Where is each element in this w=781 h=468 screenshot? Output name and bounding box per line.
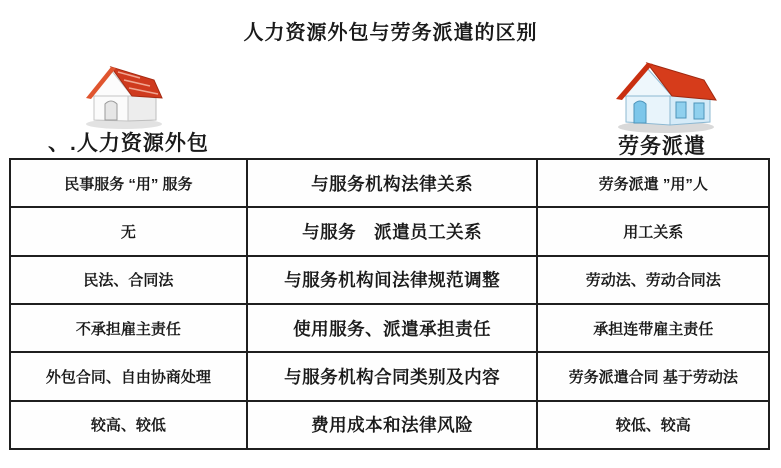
cell-dispatch: 用工关系: [537, 207, 769, 255]
table-row: 较高、较低 费用成本和法律风险 较低、较高: [10, 401, 769, 449]
page-title: 人力资源外包与劳务派遣的区别: [0, 16, 781, 45]
table-row: 不承担雇主责任 使用服务、派遣承担责任 承担连带雇主责任: [10, 304, 769, 352]
cell-outsourcing: 无: [10, 207, 247, 255]
column-header-hr-outsourcing: 、.人力资源外包: [48, 127, 209, 157]
table-row: 民事服务 “用” 服务 与服务机构法律关系 劳务派遣 ”用”人: [10, 159, 769, 207]
cell-dispatch: 劳动法、劳动合同法: [537, 256, 769, 304]
cell-dispatch: 较低、较高: [537, 401, 769, 449]
cell-criterion: 使用服务、派遣承担责任: [247, 304, 538, 352]
cell-dispatch: 承担连带雇主责任: [537, 304, 769, 352]
cell-criterion: 与服务机构合同类别及内容: [247, 352, 538, 400]
cell-outsourcing: 民法、合同法: [10, 256, 247, 304]
house-icon: [612, 50, 724, 136]
house-icon-left: [80, 54, 168, 132]
cell-dispatch: 劳务派遣 ”用”人: [537, 159, 769, 207]
table-row: 外包合同、自由协商处理 与服务机构合同类别及内容 劳务派遣合同 基于劳动法: [10, 352, 769, 400]
table-row: 无 与服务 派遣员工关系 用工关系: [10, 207, 769, 255]
cell-outsourcing: 较高、较低: [10, 401, 247, 449]
cell-dispatch: 劳务派遣合同 基于劳动法: [537, 352, 769, 400]
cell-criterion: 与服务机构间法律规范调整: [247, 256, 538, 304]
cell-outsourcing: 不承担雇主责任: [10, 304, 247, 352]
cell-outsourcing: 外包合同、自由协商处理: [10, 352, 247, 400]
cell-criterion: 与服务机构法律关系: [247, 159, 538, 207]
house-icon-right: [612, 50, 724, 136]
cell-outsourcing: 民事服务 “用” 服务: [10, 159, 247, 207]
column-header-labor-dispatch: 劳务派遣: [618, 130, 706, 160]
table-row: 民法、合同法 与服务机构间法律规范调整 劳动法、劳动合同法: [10, 256, 769, 304]
house-icon: [80, 54, 168, 132]
cell-criterion: 费用成本和法律风险: [247, 401, 538, 449]
comparison-table: 民事服务 “用” 服务 与服务机构法律关系 劳务派遣 ”用”人 无 与服务 派遣…: [9, 158, 770, 450]
cell-criterion: 与服务 派遣员工关系: [247, 207, 538, 255]
